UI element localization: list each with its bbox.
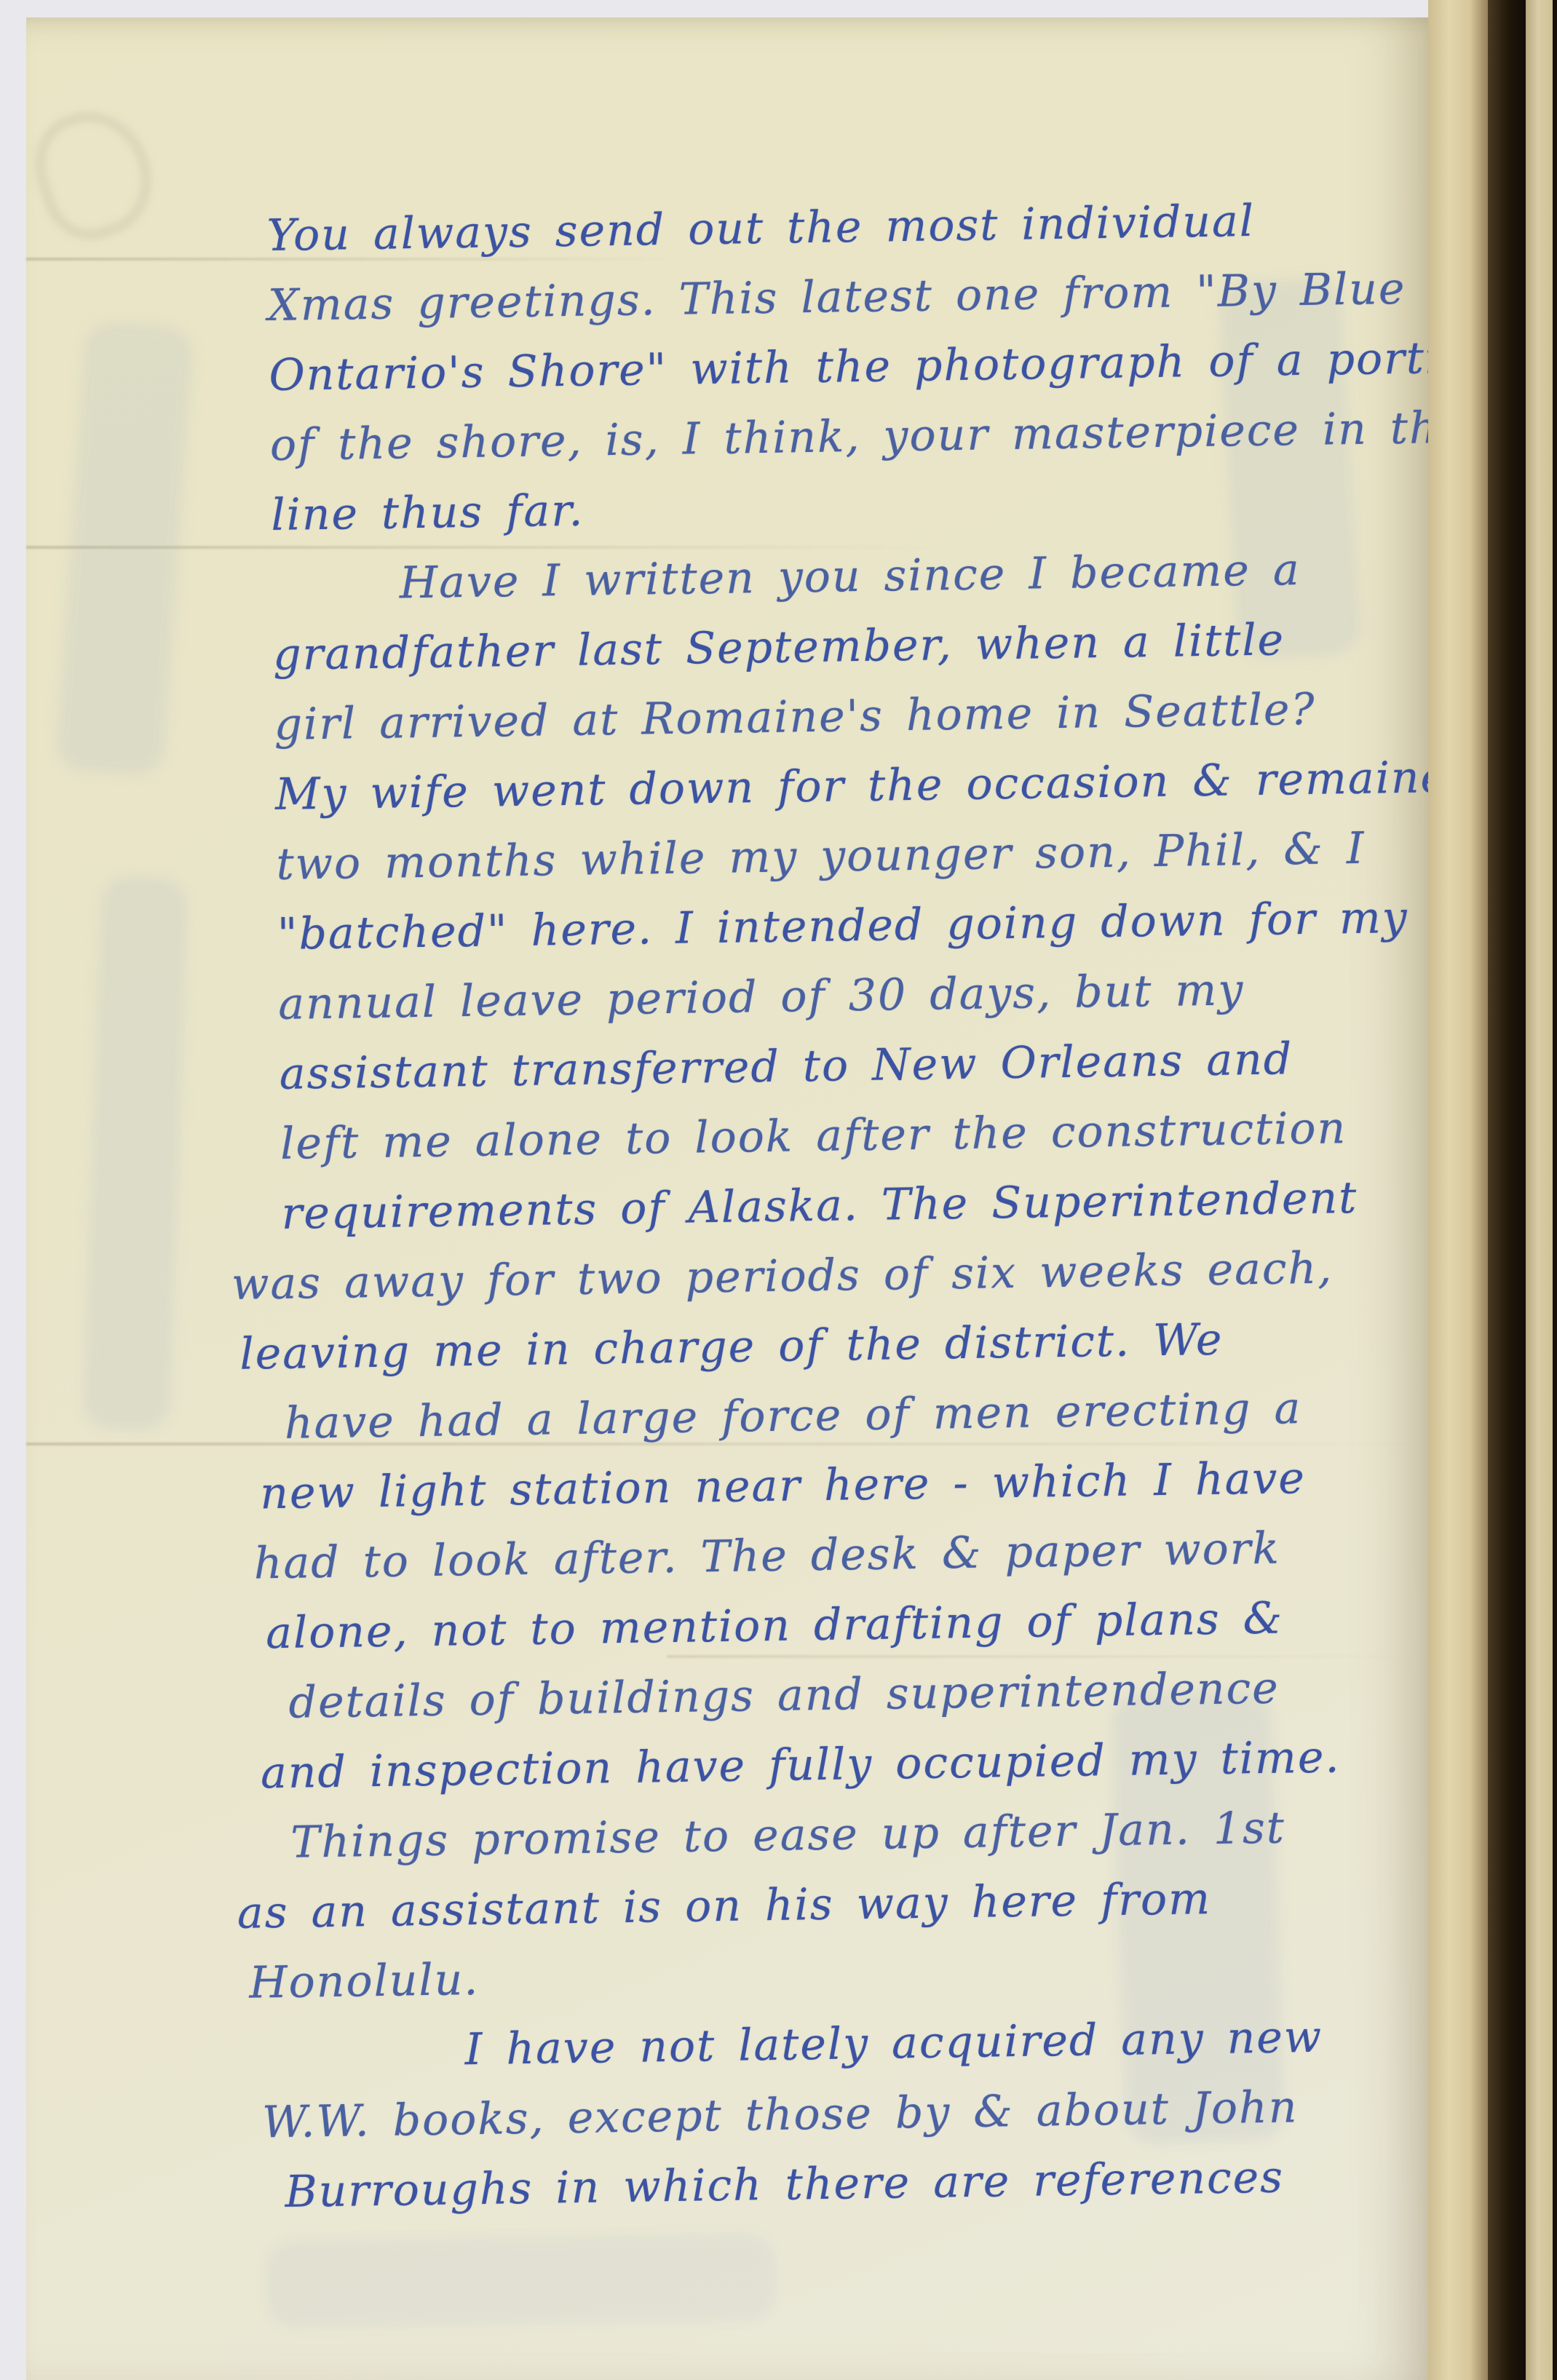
adjacent-page-edge	[1526, 0, 1553, 2380]
scan-edge	[1553, 0, 1557, 2380]
ink-bleedthrough	[266, 2233, 777, 2329]
book-gutter-shadow	[1488, 0, 1526, 2380]
pencil-smudge	[23, 98, 165, 250]
ink-bleedthrough	[55, 320, 195, 778]
page-edge-highlight	[1428, 0, 1488, 2380]
letter-page: You always send out the most individual …	[26, 17, 1428, 2380]
ink-bleedthrough	[82, 875, 189, 1431]
handwritten-text: You always send out the most individual …	[266, 183, 1497, 2227]
